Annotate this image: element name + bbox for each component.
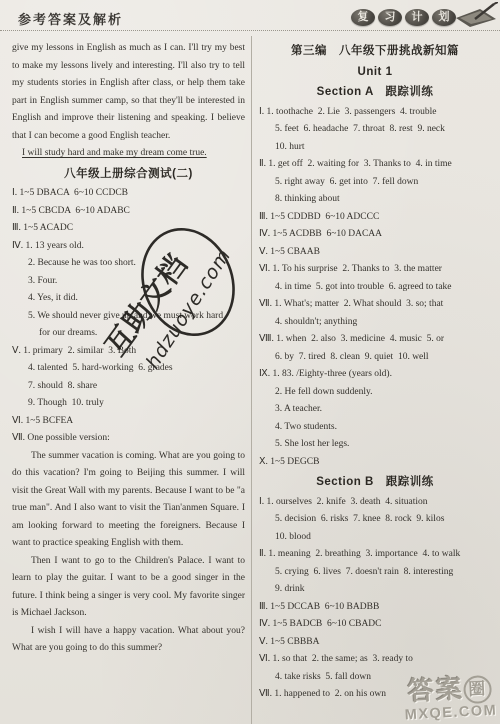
left-answer-column: give my lessons in English as much as I …	[12, 40, 245, 658]
answer-line-continued: 4. shouldn't; anything	[259, 314, 491, 332]
right-answer-column: 第三编 八年级下册挑战新知篇Unit 1Section A 跟踪训练Ⅰ. 1. …	[259, 40, 491, 704]
header-divider-line	[0, 30, 500, 31]
column-divider-line	[251, 36, 252, 724]
answer-line-continued: 9. Though 10. truly	[12, 395, 245, 413]
answer-line-continued: 6. by 7. tired 8. clean 9. quiet 10. wel…	[259, 349, 491, 367]
answer-line-continued: 10. hurt	[259, 139, 491, 157]
answer-line: Ⅰ. 1. toothache 2. Lie 3. passengers 4. …	[259, 104, 491, 122]
logo-char-badge: 划	[432, 9, 456, 26]
review-plan-logo: 复 习 计 划	[351, 6, 456, 28]
answer-line-continued: 2. Because he was too short.	[12, 255, 245, 273]
section-heading: Unit 1	[259, 64, 491, 82]
answer-line-continued: 5. We should never give up and we must w…	[12, 308, 245, 326]
answer-line: Ⅲ. 1~5 ACADC	[12, 220, 245, 238]
answer-line-continued: 5. crying 6. lives 7. doesn't rain 8. in…	[259, 564, 491, 582]
answer-line: Ⅸ. 1. 83. /Eighty-three (years old).	[259, 366, 491, 384]
answer-line: Ⅵ. 1. so that 2. the same; as 3. ready t…	[259, 651, 491, 669]
answer-line-continued: 4. Two students.	[259, 419, 491, 437]
answer-line: Ⅳ. 1~5 ACDBB 6~10 DACAA	[259, 226, 491, 244]
answer-line-continued: 9. drink	[259, 581, 491, 599]
answer-line-wrap: for our dreams.	[12, 325, 245, 343]
answer-line: Ⅹ. 1~5 DEGCB	[259, 454, 491, 472]
logo-char-badge: 计	[405, 9, 429, 26]
essay-paragraph: give my lessons in English as much as I …	[12, 40, 245, 145]
answer-line: Ⅶ. 1. happened to 2. on his own	[259, 686, 491, 704]
section-heading: Section A 跟踪训练	[259, 84, 491, 102]
answer-line: Ⅳ. 1~5 BADCB 6~10 CBADC	[259, 616, 491, 634]
logo-char-badge: 复	[351, 9, 375, 26]
answer-line: Ⅲ. 1~5 CDDBD 6~10 ADCCC	[259, 209, 491, 227]
essay-paragraph: The summer vacation is coming. What are …	[12, 448, 245, 553]
answer-line: Ⅴ. 1~5 CBBBA	[259, 634, 491, 652]
underlined-sentence: I will study hard and make my dream come…	[12, 145, 245, 163]
answer-line-continued: 4. take risks 5. fall down	[259, 669, 491, 687]
scanned-answer-page: 参考答案及解析 复 习 计 划 give my lessons in Engli…	[0, 0, 500, 724]
answer-line-continued: 8. thinking about	[259, 191, 491, 209]
answer-line: Ⅳ. 1. 13 years old.	[12, 238, 245, 256]
pen-notebook-icon	[454, 2, 498, 30]
section-heading: 八年级上册综合测试(二)	[12, 166, 245, 184]
essay-paragraph: Then I want to go to the Children's Pala…	[12, 553, 245, 623]
answer-line: Ⅲ. 1~5 DCCAB 6~10 BADBB	[259, 599, 491, 617]
answer-line: Ⅱ. 1. get off 2. waiting for 3. Thanks t…	[259, 156, 491, 174]
answer-line: Ⅶ. One possible version:	[12, 430, 245, 448]
answer-line: Ⅱ. 1. meaning 2. breathing 3. importance…	[259, 546, 491, 564]
watermark-site-url: MXQE.COM	[405, 703, 498, 724]
answer-line-continued: 4. talented 5. hard-working 6. grades	[12, 360, 245, 378]
answer-line-continued: 2. He fell down suddenly.	[259, 384, 491, 402]
answer-line: Ⅴ. 1. primary 2. similar 3. Both	[12, 343, 245, 361]
answer-line-continued: 3. Four.	[12, 273, 245, 291]
section-heading: 第三编 八年级下册挑战新知篇	[259, 43, 491, 61]
answer-line: Ⅰ. 1~5 DBACA 6~10 CCDCB	[12, 185, 245, 203]
section-heading: Section B 跟踪训练	[259, 474, 491, 492]
answer-line: Ⅴ. 1~5 CBAAB	[259, 244, 491, 262]
answer-line: Ⅵ. 1~5 BCFEA	[12, 413, 245, 431]
answer-line-continued: 10. blood	[259, 529, 491, 547]
answer-line: Ⅶ. 1. What's; matter 2. What should 3. s…	[259, 296, 491, 314]
answer-line-continued: 5. right away 6. get into 7. fell down	[259, 174, 491, 192]
answer-line-continued: 5. decision 6. risks 7. knee 8. rock 9. …	[259, 511, 491, 529]
answer-line-continued: 5. feet 6. headache 7. throat 8. rest 9.…	[259, 121, 491, 139]
answer-line-continued: 4. Yes, it did.	[12, 290, 245, 308]
answer-line-continued: 5. She lost her legs.	[259, 436, 491, 454]
answer-line-continued: 3. A teacher.	[259, 401, 491, 419]
answer-line: Ⅰ. 1. ourselves 2. knife 3. death 4. sit…	[259, 494, 491, 512]
answer-line: Ⅵ. 1. To his surprise 2. Thanks to 3. th…	[259, 261, 491, 279]
logo-char-badge: 习	[378, 9, 402, 26]
answer-line-continued: 4. in time 5. got into trouble 6. agreed…	[259, 279, 491, 297]
essay-paragraph: I wish I will have a happy vacation. Wha…	[12, 623, 245, 658]
answer-line: Ⅱ. 1~5 CBCDA 6~10 ADABC	[12, 203, 245, 221]
page-title: 参考答案及解析	[18, 9, 123, 28]
answer-line: Ⅷ. 1. when 2. also 3. medicine 4. music …	[259, 331, 491, 349]
answer-line-continued: 7. should 8. share	[12, 378, 245, 396]
